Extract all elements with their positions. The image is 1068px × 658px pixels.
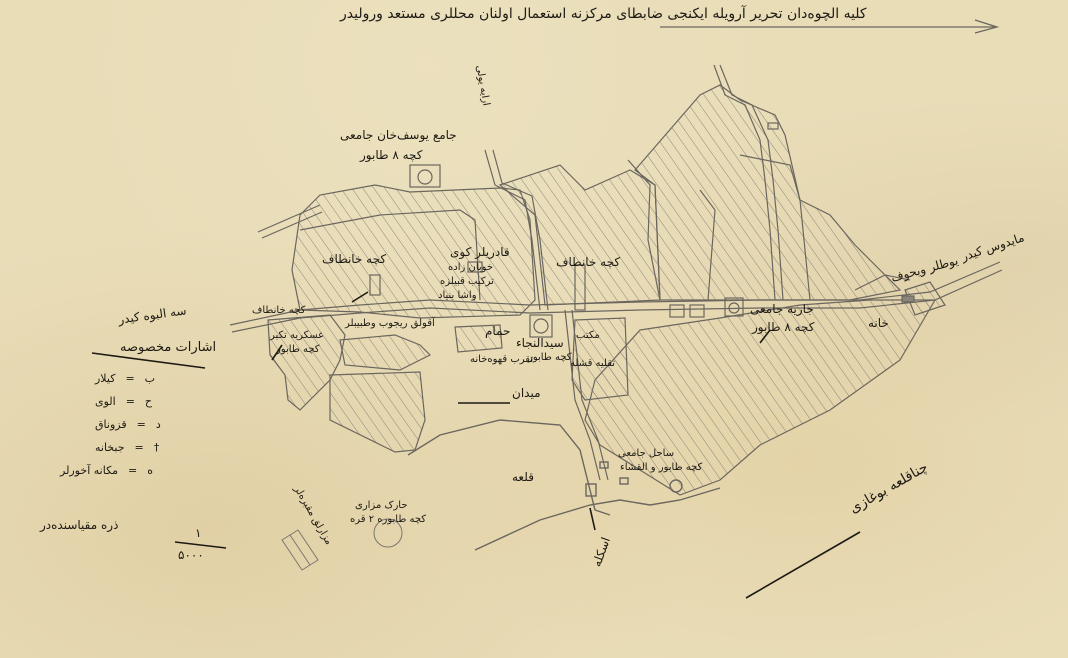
label-quarter-center-line1: خوبان زاده <box>448 262 493 273</box>
legend-item: † = جبخانه <box>95 441 159 454</box>
label-cemetery-sub: کچه طابوره ۲ قره <box>350 514 426 525</box>
legend-equals: = <box>128 464 137 477</box>
legend-label: کیلار <box>95 372 115 385</box>
legend-item: د = قزوناق <box>95 418 161 431</box>
label-quarter-west: کچه خانطاف <box>322 252 386 266</box>
legend-equals: = <box>137 418 146 431</box>
label-quarter-east: کچه خانطاف <box>556 255 620 269</box>
label-mosque-south: ساحل جامعی <box>618 448 674 459</box>
legend-item: ه = مکانه آخورلر <box>60 464 153 477</box>
label-mosque-north-sub: کچه ۸ طابور <box>360 148 423 162</box>
label-square-center-sub: کچه طابور <box>528 352 572 363</box>
label-fortress: قلعه <box>512 470 534 484</box>
legend-label: الوی <box>95 395 116 408</box>
label-khan: خانه <box>868 316 889 330</box>
label-west-block-3: آقولق ریجوب وطبیبلر <box>345 318 435 329</box>
scale-label: ذره مقیاسنده‌در <box>40 518 118 532</box>
label-cemetery: حارک مزاری <box>355 500 408 511</box>
label-meydan: میدان <box>512 386 541 400</box>
label-quarter-center-line3: واشا بنیاد <box>438 290 477 301</box>
scale-denominator: ۵۰۰۰ <box>178 548 204 562</box>
scale-numerator: ۱ <box>195 526 201 540</box>
legend-label: جبخانه <box>95 441 125 454</box>
legend-symbol: † <box>154 441 160 454</box>
legend-equals: = <box>125 372 134 385</box>
legend-symbol: ب <box>145 372 155 385</box>
legend-label: مکانه آخورلر <box>60 464 118 477</box>
map-title: کلیه الچوه‌دان تحریر آرویله ایکنجی ضابطا… <box>340 6 867 22</box>
label-west-block-2: عسکریه تکبر <box>270 330 324 341</box>
label-school: مکتب <box>576 330 600 341</box>
map-drawing <box>0 0 1068 658</box>
label-mosque-north: جامع یوسف‌خان جامعی <box>340 128 457 142</box>
legend-label: قزوناق <box>95 418 127 431</box>
label-hamam: حمام <box>485 324 510 338</box>
label-mosque-east: جاریه جامعی <box>750 302 814 316</box>
legend-symbol: ه <box>147 464 153 477</box>
legend-symbol: د <box>156 418 161 431</box>
label-mosque-east-sub: کچه ۸ طابور <box>752 320 815 334</box>
label-west-block-2-sub: کچه طابور <box>276 344 320 355</box>
legend-item: ب = کیلار <box>95 372 155 385</box>
cemetery <box>282 519 402 570</box>
label-barracks: تقلیه قشله <box>570 358 615 369</box>
label-coffeehouse: تقرب قهوه‌خانه <box>470 354 533 365</box>
legend-symbol: ح <box>145 395 152 408</box>
label-quarter-center-line2: ترکیب قبیلزه <box>440 276 494 287</box>
label-west-block-1: کچه خانطاف <box>252 305 305 316</box>
map-sheet: کلیه الچوه‌دان تحریر آرویله ایکنجی ضابطا… <box>0 0 1068 658</box>
legend-equals: = <box>135 441 144 454</box>
legend-equals: = <box>126 395 135 408</box>
label-mosque-south-sub: کچه طابور و القشاء <box>620 462 702 473</box>
legend-item: ح = الوی <box>95 395 152 408</box>
legend-title: اشارات مخصوصه <box>120 340 216 355</box>
label-square-center: سیدالنجاء <box>516 336 564 350</box>
label-quarter-center: قادریلر کوی <box>450 245 510 259</box>
